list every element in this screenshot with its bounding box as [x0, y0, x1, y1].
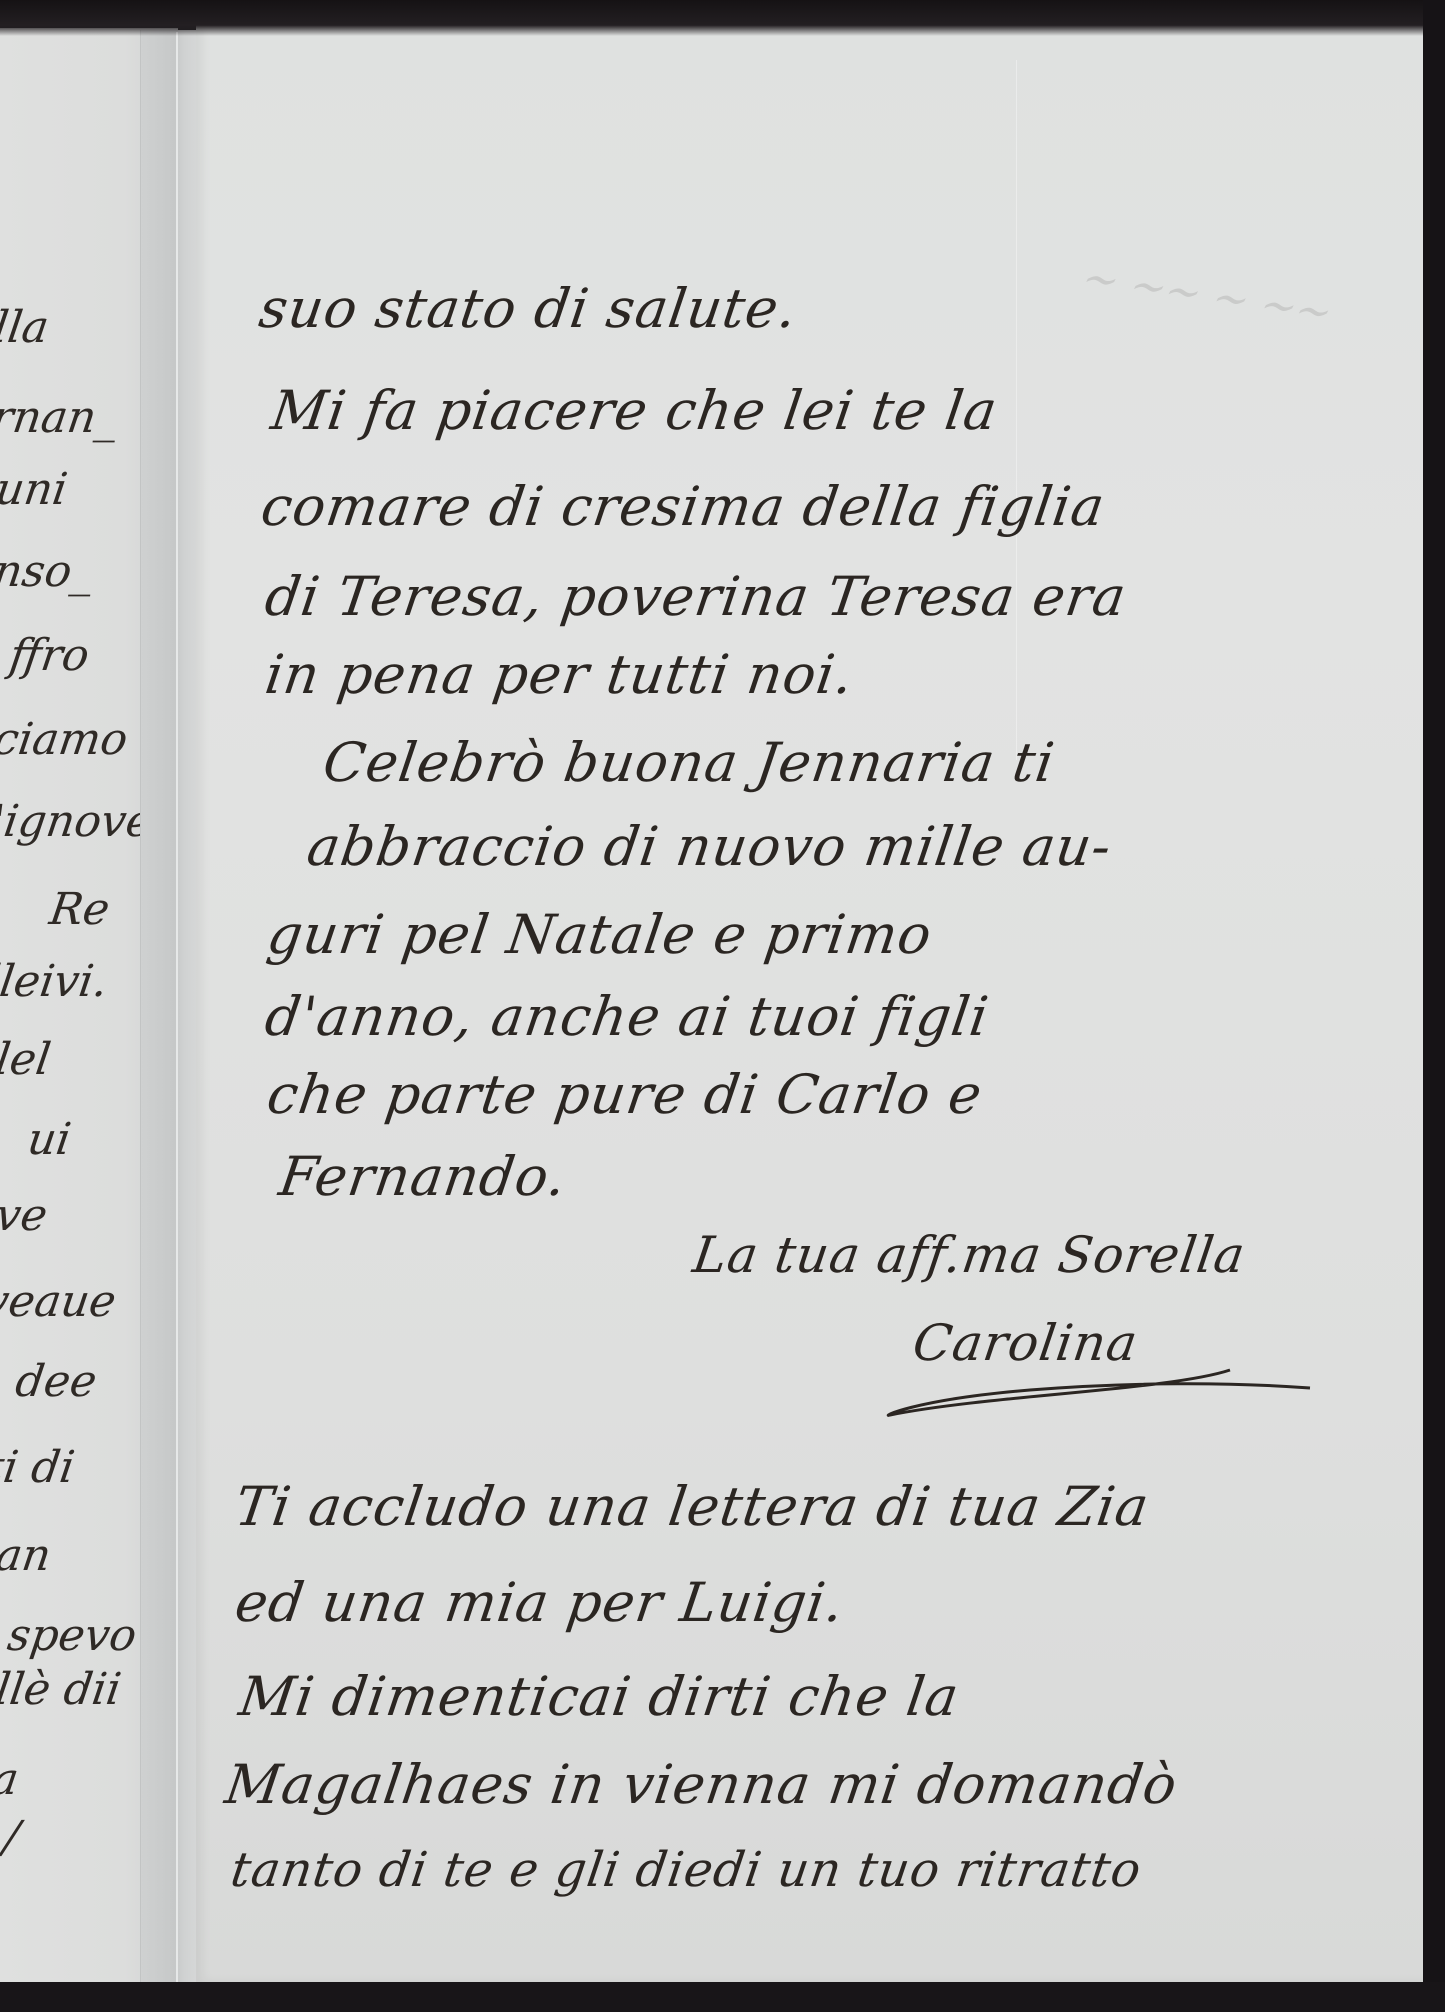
- ink-bleed-through: ~ ~~ ~ ~~: [1071, 252, 1344, 339]
- margin-fragment: lleivi.: [0, 960, 110, 1004]
- margin-fragment: nso_: [0, 550, 97, 594]
- letter-line: abbraccio di nuovo mille au-: [304, 820, 1115, 874]
- letter-closing: La tua aff.ma Sorella: [690, 1230, 1249, 1280]
- letter-photo: lla rnan_ uni nso_ ffro ciamo l'ignove R…: [0, 0, 1445, 2012]
- top-background-edge: [0, 0, 1445, 36]
- margin-fragment: Re: [47, 888, 112, 932]
- margin-fragment: ffro: [7, 634, 92, 678]
- margin-fragment: ciamo: [0, 718, 130, 762]
- postscript-line: tanto di te e gli diedi un tuo ritratto: [228, 1846, 1145, 1894]
- book-gutter: [140, 30, 203, 1985]
- letter-line: Mi fa piacere che lei te la: [268, 384, 1001, 438]
- postscript-line: Magalhaes in vienna mi domandò: [222, 1758, 1181, 1812]
- margin-fragment: lel: [0, 1038, 53, 1082]
- margin-fragment: /: [1, 1816, 22, 1860]
- margin-fragment: ui: [25, 1118, 74, 1162]
- margin-fragment: lla: [0, 306, 51, 350]
- letter-line: di Teresa, poverina Teresa era: [262, 570, 1130, 624]
- letter-line: guri pel Natale e primo: [264, 908, 935, 962]
- letter-line: d'anno, anche ai tuoi figli: [262, 990, 992, 1044]
- letter-line: comare di cresima della figlia: [258, 480, 1108, 534]
- margin-fragment: llè dii: [0, 1668, 124, 1712]
- paper-crease: [1016, 60, 1017, 760]
- margin-fragment: ti di: [0, 1446, 77, 1490]
- margin-fragment: an: [0, 1534, 54, 1578]
- letter-line: in pena per tutti noi.: [262, 648, 857, 702]
- letter-line: suo stato di salute.: [256, 282, 801, 336]
- letter-line: Celebrò buona Jennaria ti: [320, 736, 1058, 790]
- margin-fragment: ve: [0, 1194, 50, 1238]
- margin-fragment: l'ignove: [0, 800, 155, 844]
- postscript-line: Mi dimenticai dirti che la: [236, 1670, 962, 1724]
- signature-flourish: [870, 1360, 1340, 1420]
- fold-line: [176, 32, 178, 1982]
- postscript-line: Ti accludo una lettera di tua Zia: [232, 1480, 1153, 1534]
- margin-fragment: rnan_: [0, 396, 121, 440]
- right-background-edge: [1423, 0, 1445, 2012]
- bottom-background-edge: [0, 1982, 1445, 2012]
- margin-fragment: a: [0, 1758, 21, 1802]
- letter-line: Fernando.: [276, 1150, 570, 1204]
- postscript-line: ed una mia per Luigi.: [232, 1576, 847, 1630]
- margin-fragment: dee: [13, 1360, 99, 1404]
- margin-fragment: veaue: [0, 1280, 119, 1324]
- margin-fragment: uni: [0, 468, 70, 512]
- letter-line: che parte pure di Carlo e: [264, 1068, 986, 1122]
- margin-fragment: spevo: [5, 1614, 139, 1658]
